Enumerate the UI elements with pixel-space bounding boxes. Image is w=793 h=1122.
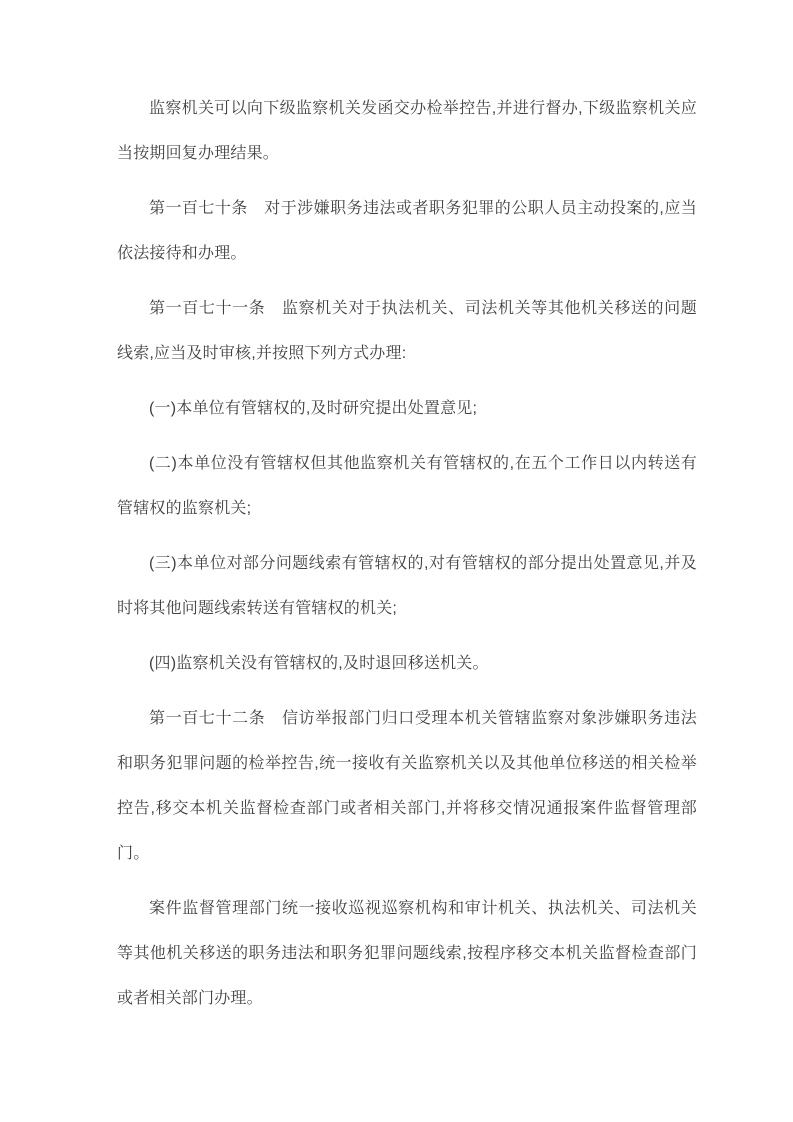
paragraph-article-171-item-3: (三)本单位对部分问题线索有管辖权的,对有管辖权的部分提出处置意见,并及时将其他… [117,541,697,631]
paragraph-letter-referral: 监察机关可以向下级监察机关发函交办检举控告,并进行督办,下级监察机关应当按期回复… [117,86,697,176]
document-page: 监察机关可以向下级监察机关发函交办检举控告,并进行督办,下级监察机关应当按期回复… [0,0,793,1122]
paragraph-article-170: 第一百七十条 对于涉嫌职务违法或者职务犯罪的公职人员主动投案的,应当依法接待和办… [117,186,697,276]
paragraph-article-171-item-2: (二)本单位没有管辖权但其他监察机关有管辖权的,在五个工作日以内转送有管辖权的监… [117,441,697,531]
paragraph-article-171: 第一百七十一条 监察机关对于执法机关、司法机关等其他机关移送的问题线索,应当及时… [117,286,697,376]
paragraph-article-171-item-1: (一)本单位有管辖权的,及时研究提出处置意见; [117,386,697,431]
paragraph-article-172-continued: 案件监督管理部门统一接收巡视巡察机构和审计机关、执法机关、司法机关等其他机关移送… [117,886,697,1021]
regulation-article-body: 监察机关可以向下级监察机关发函交办检举控告,并进行督办,下级监察机关应当按期回复… [117,86,697,1031]
paragraph-article-172: 第一百七十二条 信访举报部门归口受理本机关管辖监察对象涉嫌职务违法和职务犯罪问题… [117,696,697,876]
paragraph-article-171-item-4: (四)监察机关没有管辖权的,及时退回移送机关。 [117,641,697,686]
